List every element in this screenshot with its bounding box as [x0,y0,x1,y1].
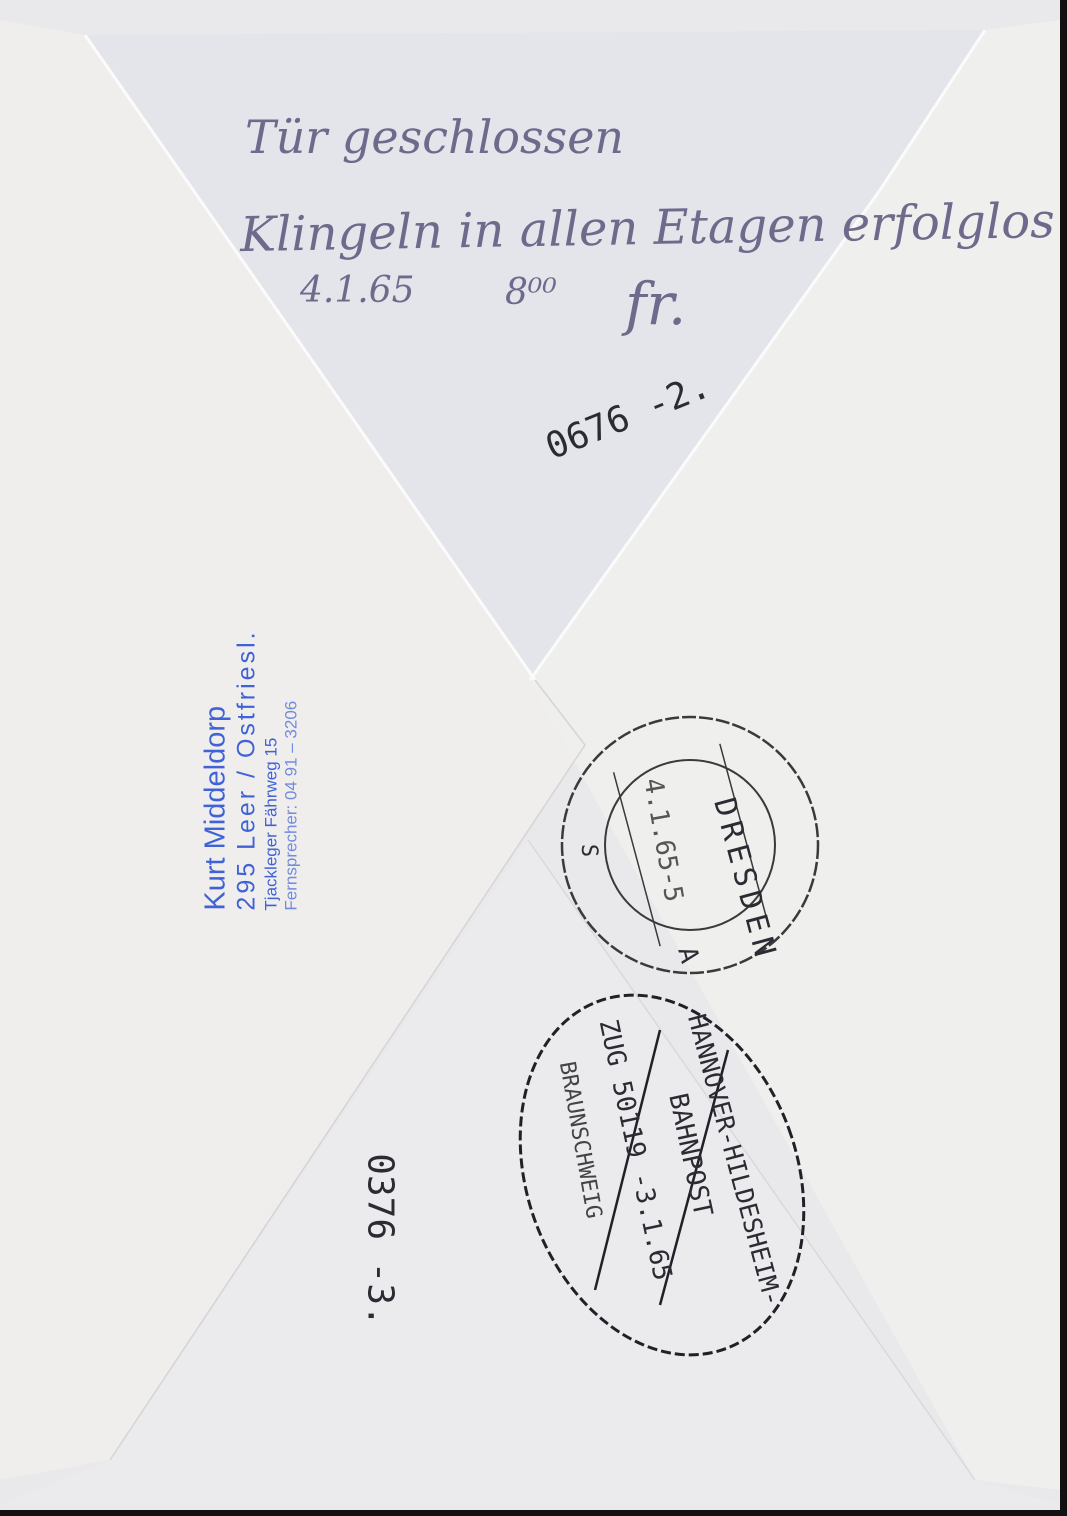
sender-name: Kurt Middeldorp [199,629,232,910]
handwritten-initial: fr. [625,270,686,338]
dresden-mark: S [576,844,601,857]
sender-address-stamp: Kurt Middeldorp 295 Leer / Ostfriesl. Tj… [199,629,300,910]
envelope-back: Tür geschlossen Klingeln in allen Etagen… [0,0,1060,1510]
handwritten-line-1: Tür geschlossen [245,110,624,164]
registry-number-bottom: 0376 -3. [360,1153,401,1326]
sender-city: 295 Leer / Ostfriesl. [233,629,262,910]
handwritten-time: 8⁰⁰ [505,272,557,313]
handwritten-date: 4.1.65 [300,270,415,311]
sender-street: Tjackleger Fährweg 15 [262,629,282,910]
sender-phone: Fernsprecher: 04 91 – 3206 [281,629,301,910]
